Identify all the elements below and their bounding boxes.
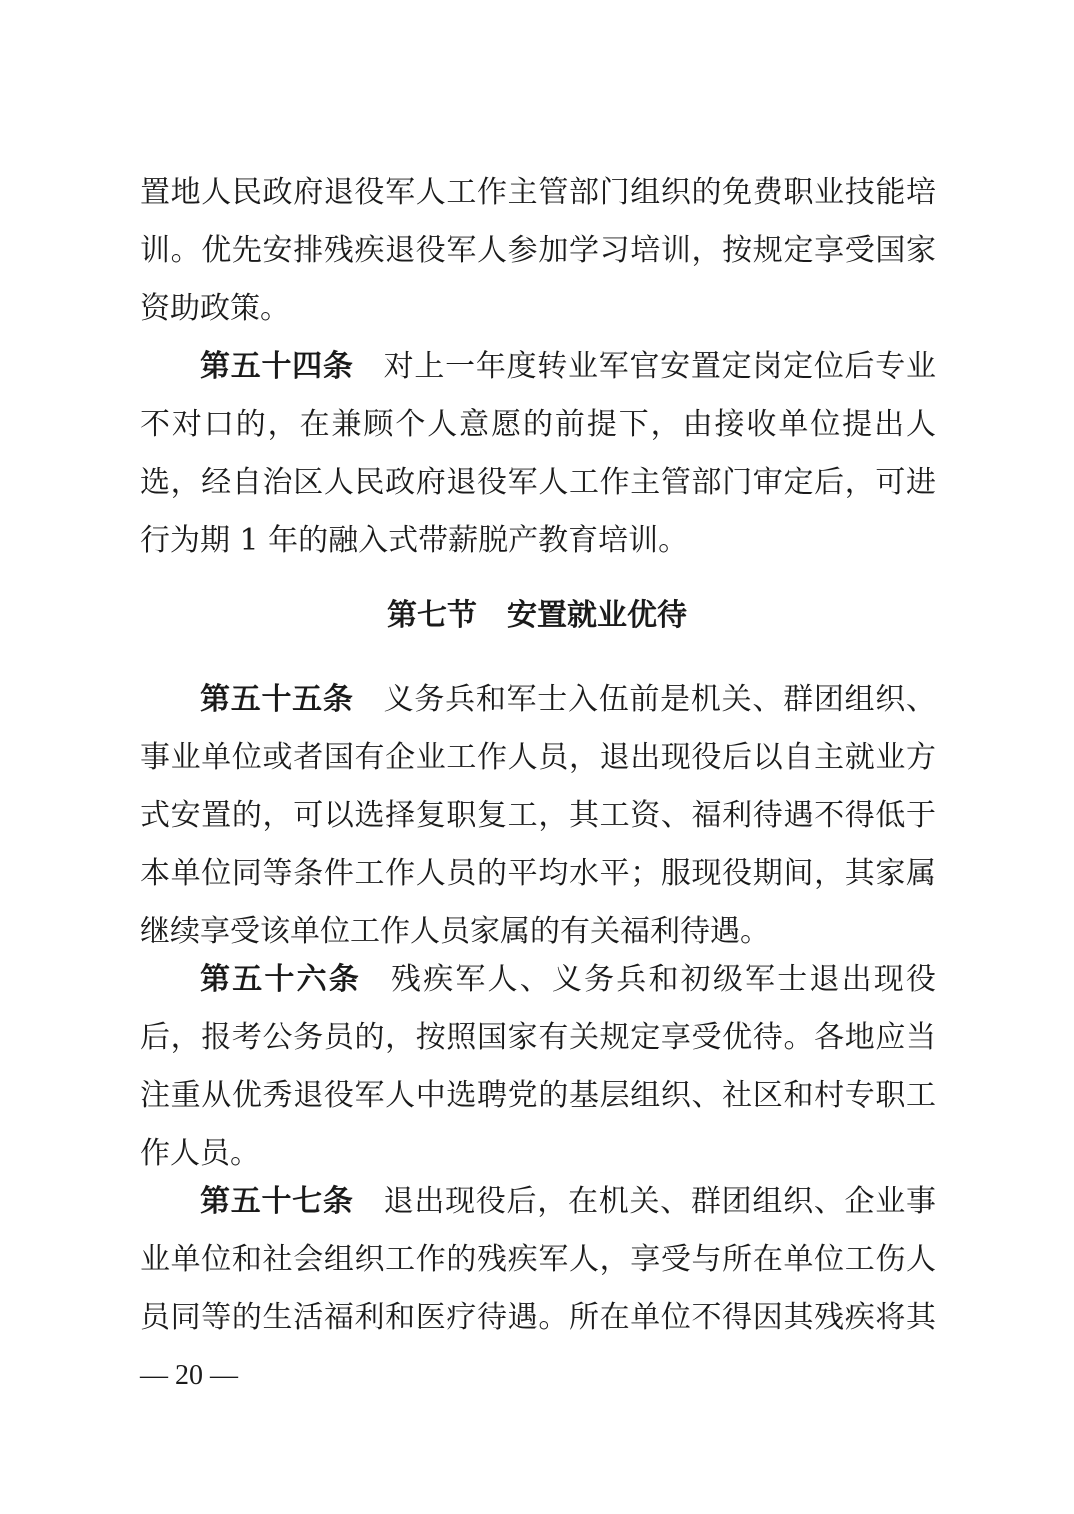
- paragraph-line: 本单位同等条件工作人员的平均水平；服现役期间，其家属: [140, 854, 936, 894]
- paragraph-line: 选，经自治区人民政府退役军人工作主管部门审定后，可进: [140, 463, 936, 503]
- article-label: 第五十七条: [200, 1184, 354, 1219]
- section-heading: 安置就业优待: [507, 598, 687, 633]
- paragraph-line: 训。优先安排残疾退役军人参加学习培训，按规定享受国家: [140, 231, 936, 271]
- page-number: — 20 —: [140, 1358, 238, 1394]
- paragraph-line: 继续享受该单位工作人员家属的有关福利待遇。: [140, 912, 936, 952]
- paragraph-line: 不对口的，在兼顾个人意愿的前提下，由接收单位提出人: [140, 405, 936, 445]
- article-54-first-line: 第五十四条对上一年度转业军官安置定岗定位后专业: [140, 347, 936, 387]
- article-57-first-line: 第五十七条退出现役后，在机关、群团组织、企业事: [140, 1182, 936, 1222]
- paragraph-line: 后，报考公务员的，按照国家有关规定享受优待。各地应当: [140, 1018, 936, 1058]
- paragraph-line: 事业单位或者国有企业工作人员，退出现役后以自主就业方: [140, 738, 936, 778]
- article-text: 义务兵和军士入伍前是机关、群团组织、: [384, 682, 936, 717]
- article-text: 退出现役后，在机关、群团组织、企业事: [384, 1184, 936, 1219]
- paragraph-line: 置地人民政府退役军人工作主管部门组织的免费职业技能培: [140, 173, 936, 213]
- section-title: 第七节安置就业优待: [0, 596, 1074, 636]
- article-label: 第五十五条: [200, 682, 354, 717]
- paragraph-line: 资助政策。: [140, 289, 936, 329]
- document-page: 置地人民政府退役军人工作主管部门组织的免费职业技能培 训。优先安排残疾退役军人参…: [0, 0, 1074, 1514]
- section-number: 第七节: [387, 598, 477, 633]
- article-55-first-line: 第五十五条义务兵和军士入伍前是机关、群团组织、: [140, 680, 936, 720]
- paragraph-line: 注重从优秀退役军人中选聘党的基层组织、社区和村专职工: [140, 1076, 936, 1116]
- paragraph-line: 员同等的生活福利和医疗待遇。所在单位不得因其残疾将其: [140, 1298, 936, 1338]
- article-label: 第五十六条: [200, 962, 361, 997]
- paragraph-line: 作人员。: [140, 1134, 936, 1174]
- article-text: 对上一年度转业军官安置定岗定位后专业: [384, 349, 936, 384]
- paragraph-line: 行为期 1 年的融入式带薪脱产教育培训。: [140, 521, 936, 561]
- paragraph-line: 式安置的，可以选择复职复工，其工资、福利待遇不得低于: [140, 796, 936, 836]
- article-label: 第五十四条: [200, 349, 354, 384]
- paragraph-line: 业单位和社会组织工作的残疾军人，享受与所在单位工伤人: [140, 1240, 936, 1280]
- article-text: 残疾军人、义务兵和初级军士退出现役: [391, 962, 936, 997]
- article-56-first-line: 第五十六条残疾军人、义务兵和初级军士退出现役: [140, 960, 936, 1000]
